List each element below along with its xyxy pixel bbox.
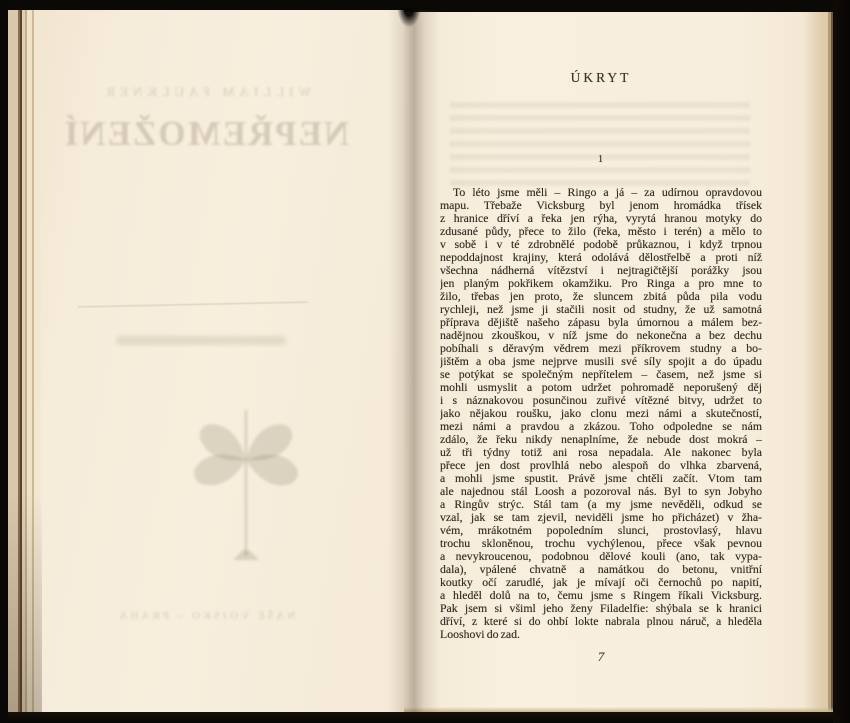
page-number: 7	[440, 649, 762, 665]
text-line: mapu. Třebaže Vicksburg byl jenom hromád…	[440, 199, 762, 212]
text-line: vém, mrákotném popoledním slunci, prosto…	[440, 524, 762, 537]
text-line: a hleděl dolů na to, čemu jsme s Ringem …	[440, 589, 762, 602]
text-line: a nevykroucenou, podobnou dělové kouli (…	[440, 550, 762, 563]
text-line: To léto jsme měli – Ringo a já – za udír…	[440, 186, 762, 199]
showthrough-publisher: NAŠE VOJSKO – PRAHA	[46, 610, 366, 622]
text-line: a Ringův strýc. Stál tam (a my jsme nevě…	[440, 498, 762, 511]
text-line: a mohli jsme spustit. Právě jsme chtěli …	[440, 472, 762, 485]
text-line: jen planým pokřikem okamžiku. Pro Ringa …	[440, 277, 762, 290]
scan-background-right	[833, 0, 850, 723]
text-line: nadějnou zkouškou, v níž jsme do nekoneč…	[440, 329, 762, 342]
text-line: z hranice dříví a řeka jen rýha, vyrytá …	[440, 212, 762, 225]
text-line: nepoddajnost krajiny, která odolává dělo…	[440, 251, 762, 264]
text-line: koutky očí zarudlé, jak je mívají oči če…	[440, 576, 762, 589]
text-line: mohli usmyslit a potom udržet pohromadě …	[440, 381, 762, 394]
paper-scratch	[78, 302, 308, 308]
text-line: dala), vpálené chvatně a namátkou do bet…	[440, 563, 762, 576]
asterisk-flower-ornament-showthrough	[176, 394, 316, 574]
text-line: Looshovi do zad.	[440, 628, 762, 641]
right-page: ÚKRYT 1 To léto jsme měli – Ringo a já –…	[404, 12, 833, 712]
text-line: trochu skloněnou, trochu vychýlenou, pře…	[440, 537, 762, 550]
text-line: v sobě i v té zdrobnělé podobě průkaznou…	[440, 238, 762, 251]
body-paragraph: To léto jsme měli – Ringo a já – za udír…	[440, 186, 762, 641]
text-line: mezi námi a pravdou a zkázou. Toho odpol…	[440, 420, 762, 433]
text-line: vzal, jak se tam zjevil, neviděli jsme h…	[440, 511, 762, 524]
gutter-top-notch	[396, 8, 422, 34]
showthrough-smudge	[116, 336, 286, 345]
page-right-edge	[803, 12, 833, 712]
text-line: jako nějakou roušku, jako clonu mezi nám…	[440, 407, 762, 420]
left-page: WILLIAM FAULKNER NEPŘEMOŽENÍ NAŠE VOJSKO…	[8, 10, 404, 712]
text-line: všechna nádherná vítězství i nejtragičtě…	[440, 264, 762, 277]
text-line: zdusané půdy, přece to žilo (řeka, město…	[440, 225, 762, 238]
text-line: i s náznakovou posunčinou zuřivé vítězné…	[440, 394, 762, 407]
scan-background-bottom	[0, 712, 850, 723]
text-line: Pak jsem si všiml jeho ženy Filadelfie: …	[440, 602, 762, 615]
text-line: příprava dějiště našeho zápasu byla úmor…	[440, 316, 762, 329]
text-line: dříví, z které si do ohbí lokte nabrala …	[440, 615, 762, 628]
text-line: zdálo, že řeku nikdy nenaplníme, že nebu…	[440, 433, 762, 446]
chapter-title: ÚKRYT	[440, 70, 762, 86]
text-line: jištěm a oba jsme nejprve musili své síl…	[440, 355, 762, 368]
section-number: 1	[440, 153, 762, 165]
scan-background-top	[0, 0, 850, 10]
showthrough-book-title: NEPŘEMOŽENÍ	[26, 114, 386, 154]
text-column: ÚKRYT 1 To léto jsme měli – Ringo a já –…	[440, 12, 762, 712]
text-line: pobíhali s děravým vědrem mezi příkrovem…	[440, 342, 762, 355]
text-line: se potýkat se společným nepřítelem – čas…	[440, 368, 762, 381]
text-line: už tři týdny totiž ani rosa nepadala. Al…	[440, 446, 762, 459]
showthrough-author: WILLIAM FAULKNER	[46, 84, 366, 100]
page-edge-shadow	[8, 492, 42, 712]
text-line: rychleji, než jsme ji stačili nosit od s…	[440, 303, 762, 316]
scan-background-left	[0, 0, 8, 723]
showthrough-text-lines	[450, 102, 750, 190]
scanned-book-spread: WILLIAM FAULKNER NEPŘEMOŽENÍ NAŠE VOJSKO…	[0, 0, 850, 723]
text-line: žilo, třebas jen proto, že sluncem zbitá…	[440, 290, 762, 303]
book-gutter-shadow	[388, 10, 440, 712]
text-line: přece jen dost provlhlá nebo alespoň do …	[440, 459, 762, 472]
text-line: ale najednou stál Loosh a pozoroval nás.…	[440, 485, 762, 498]
